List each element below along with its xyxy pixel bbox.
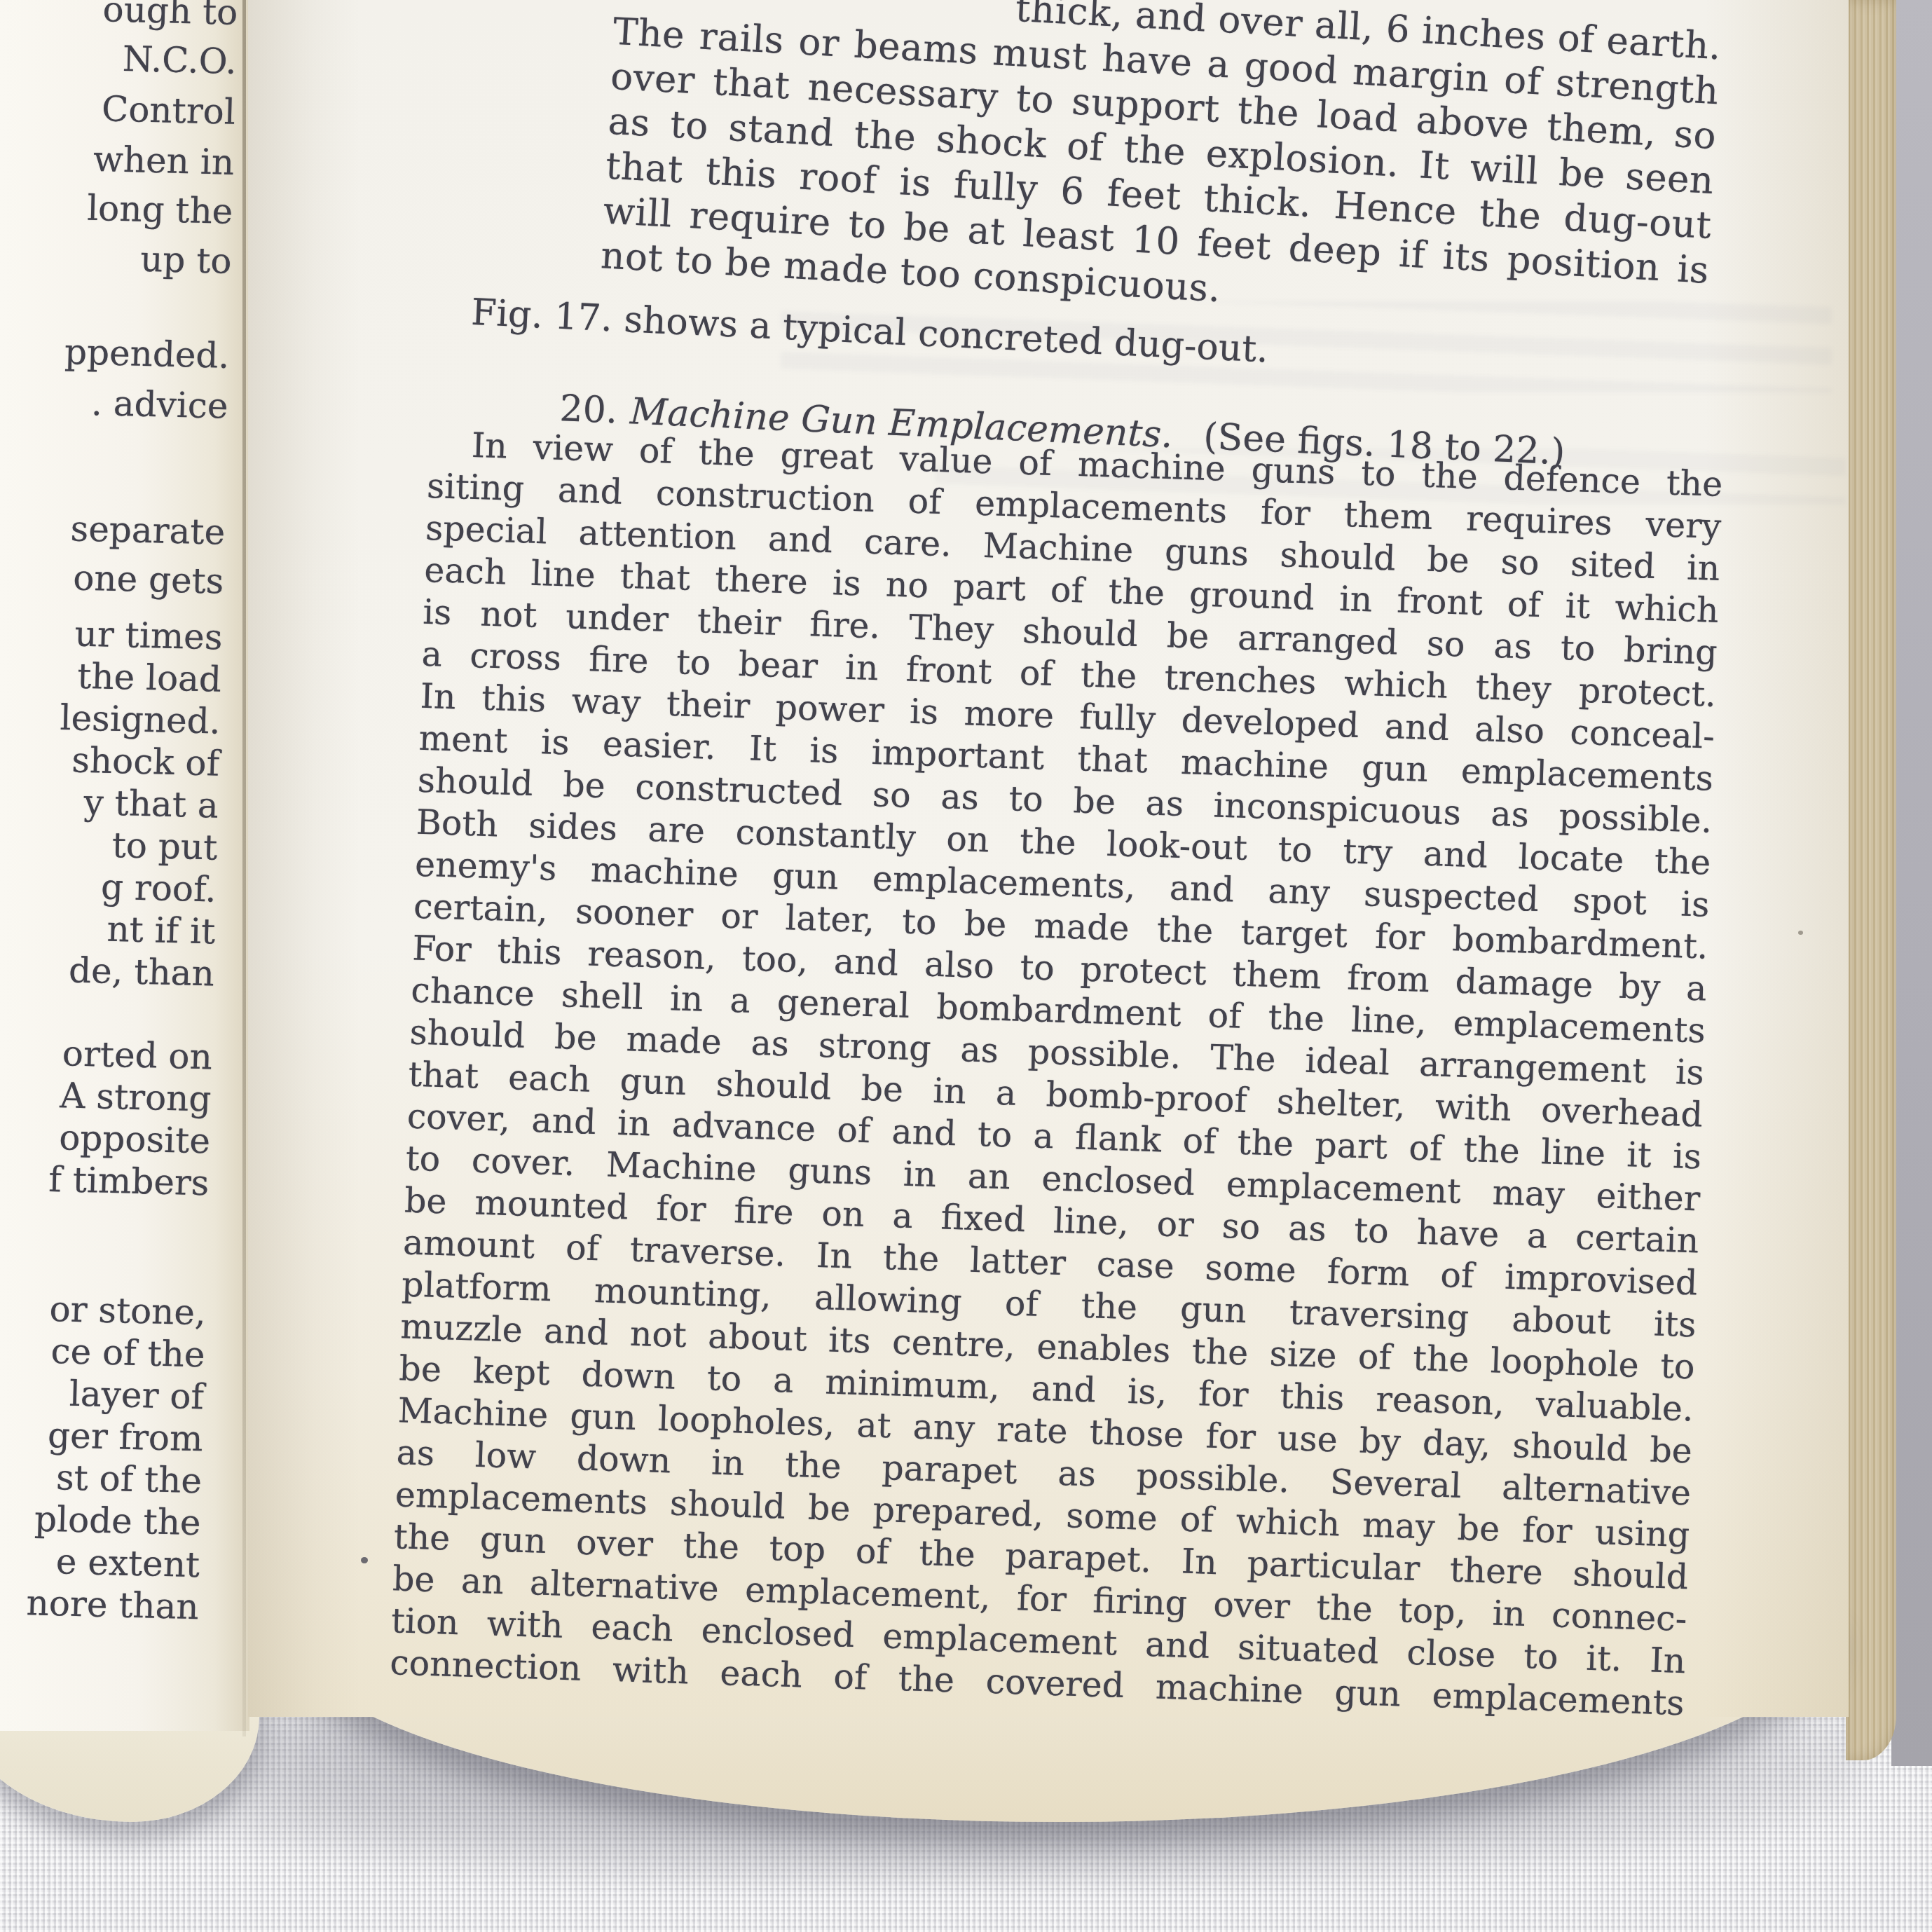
left-page-text-line: when in [2, 136, 234, 184]
backdrop [1891, 0, 1932, 1766]
left-page-text-line: ppended. [0, 329, 230, 377]
left-page: ough toN.C.O.Controlwhen inlong theup to… [0, 0, 249, 1731]
left-page-text-line: Control [4, 85, 235, 133]
left-page-text-line: de, than [0, 947, 214, 995]
left-page-text-line: or stone, [0, 1286, 207, 1334]
left-page-text-line: to put [0, 821, 218, 869]
left-page-text-line: separate [0, 506, 226, 554]
machine-gun-paragraph: In view of the great value of machine gu… [389, 423, 1723, 1725]
left-page-text-line: f timbers [0, 1156, 210, 1204]
left-page-text-line: g roof. [0, 863, 217, 911]
left-page-text-line: st of the [0, 1454, 203, 1502]
left-page-text-line: one gets [0, 555, 224, 603]
page-block-fore-edge [1846, 0, 1896, 1760]
left-page-text-line: ur times [0, 611, 223, 659]
left-page-text-line: lesigned. [0, 695, 221, 743]
left-page-text-line: the load [0, 653, 222, 701]
left-page-text-line: shock of [0, 737, 220, 785]
dugout-paragraph: thick, and over all, 6 inches of earth.T… [600, 0, 1722, 338]
ink-speck [361, 1557, 368, 1563]
left-page-text-line: ough to [6, 0, 238, 34]
left-page-text-line: A strong [0, 1072, 212, 1120]
left-page-text-line: nore than [0, 1580, 199, 1628]
page-gutter [242, 0, 246, 1736]
page-text-block: thick, and over all, 6 inches of earth.T… [429, 0, 1724, 1685]
left-page-text-line: plode the [0, 1496, 201, 1544]
left-page-text-fragments: ough toN.C.O.Controlwhen inlong theup to… [0, 0, 238, 1628]
left-page-text-line: nt if it [0, 905, 216, 953]
left-page-text-line: up to [0, 235, 232, 282]
left-page-text-line: orted on [0, 1030, 213, 1078]
left-page-text-line: N.C.O. [5, 35, 237, 83]
left-page-text-line: layer of [0, 1370, 205, 1418]
left-page-text-line: opposite [0, 1114, 211, 1162]
ink-speck [1798, 931, 1803, 935]
left-page-text-line: ger from [0, 1412, 203, 1460]
left-page-text-line: ce of the [0, 1328, 205, 1376]
left-page-text-line: e extent [0, 1538, 200, 1586]
left-page-text-line: long the [1, 185, 233, 233]
section-number: 20. [559, 388, 618, 432]
right-page: thick, and over all, 6 inches of earth.T… [248, 0, 1849, 1717]
book-photo: ough toN.C.O.Controlwhen inlong theup to… [0, 0, 1932, 1932]
left-page-text-line: y that a [0, 779, 219, 827]
left-page-text-line: . advice [0, 380, 228, 427]
